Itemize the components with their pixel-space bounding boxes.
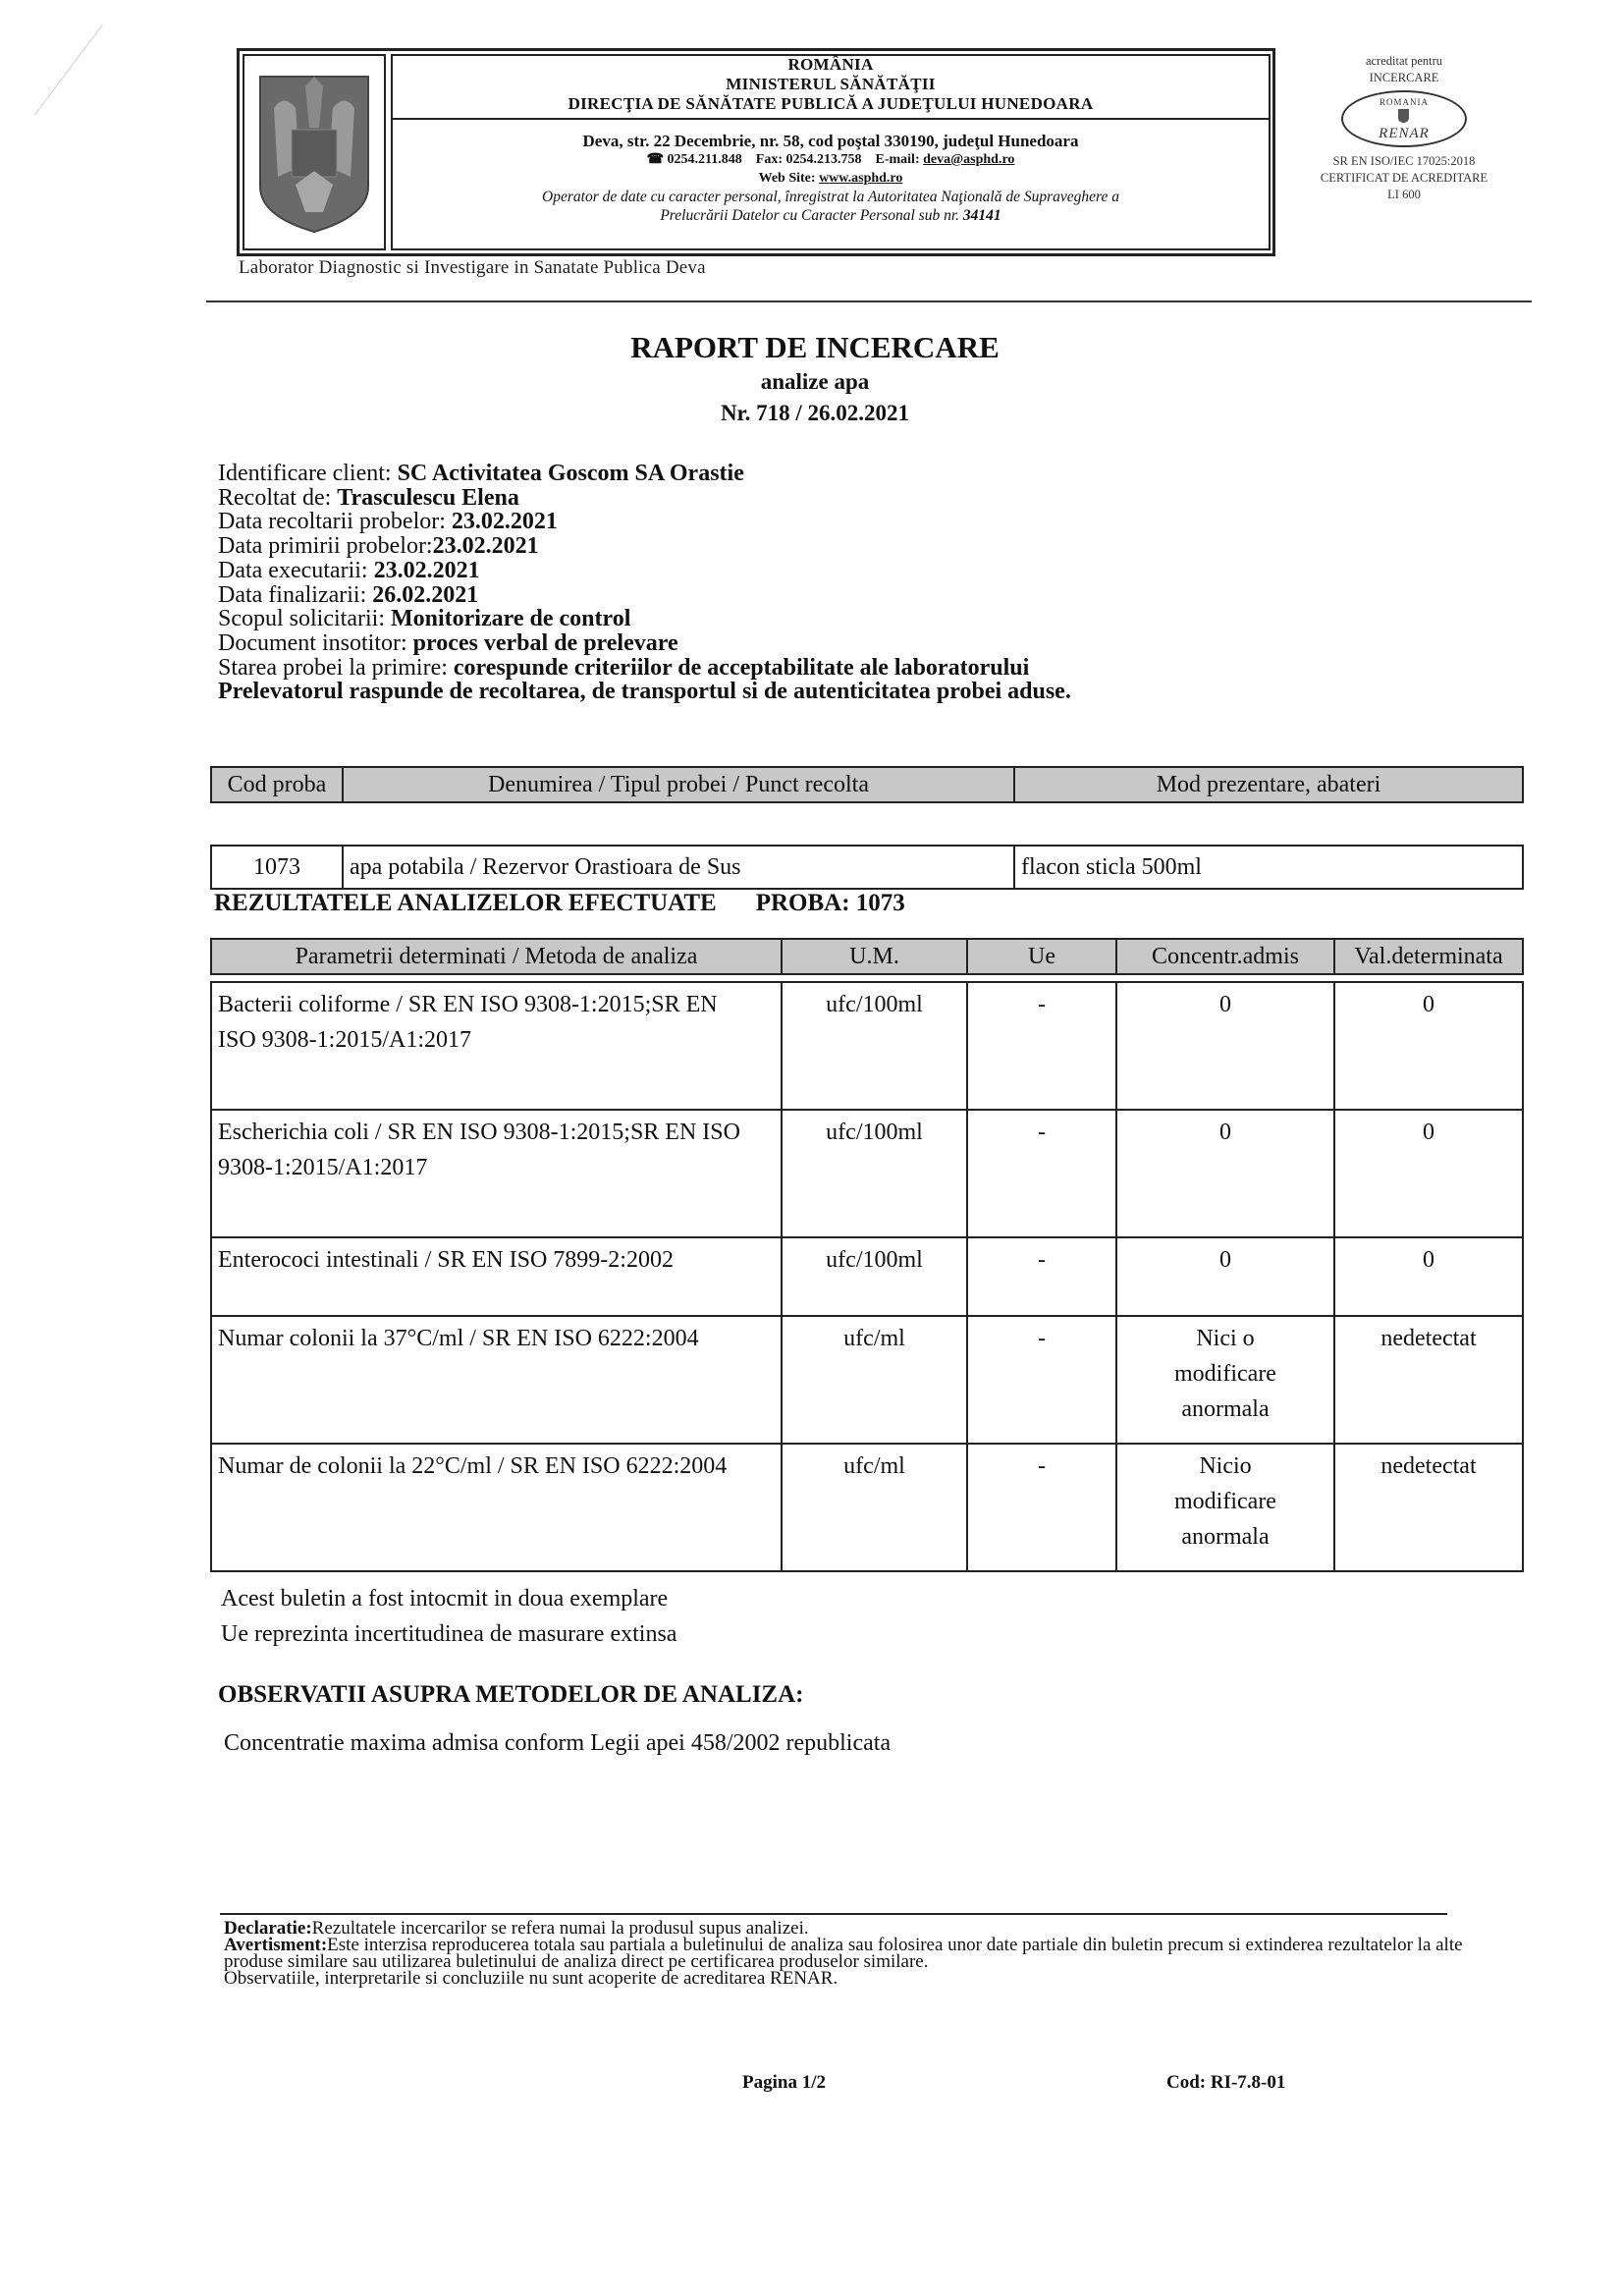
note-copies: Acest buletin a fost intocmit in doua ex… [221, 1581, 676, 1616]
info-label: Identificare client: [218, 461, 398, 486]
report-title-block: RAPORT DE INCERCARE analize apa Nr. 718 … [236, 329, 1394, 429]
result-ue: - [967, 1110, 1116, 1237]
report-subtitle: analize apa [236, 366, 1394, 398]
info-value: Monitorizare de control [391, 606, 630, 631]
sample-code: 1073 [211, 846, 343, 889]
results-title: REZULTATELE ANALIZELOR EFECTUATEPROBA: 1… [214, 890, 905, 917]
accreditation-block: acreditat pentru INCERCARE ROMANIA RENAR… [1296, 53, 1512, 203]
sample-table-header: Cod proba Denumirea / Tipul probei / Pun… [211, 767, 1523, 802]
column-header: Mod prezentare, abateri [1014, 767, 1523, 802]
result-admis: Nicio modificare anormala [1116, 1444, 1334, 1571]
info-label: Data primirii probelor: [218, 533, 433, 559]
info-value: 23.02.2021 [452, 509, 558, 534]
result-ue: - [967, 1444, 1116, 1571]
column-header: U.M. [782, 939, 967, 974]
renar-seal-icon: ROMANIA RENAR [1341, 90, 1467, 147]
column-header: Cod proba [211, 767, 343, 802]
result-admis: 0 [1116, 982, 1334, 1110]
disclaimer: Declaratie:Rezultatele incercarilor se r… [224, 1920, 1520, 1987]
contact-line: ☎ 0254.211.848 Fax: 0254.213.758 E-mail:… [391, 150, 1271, 169]
result-admis: Nici o modificare anormala [1116, 1316, 1334, 1444]
sample-table: Cod proba Denumirea / Tipul probei / Pun… [210, 766, 1524, 890]
accreditation-type: INCERCARE [1296, 70, 1512, 86]
fax-label: Fax: [756, 152, 783, 167]
result-um: ufc/ml [782, 1316, 967, 1444]
result-admis: 0 [1116, 1110, 1334, 1237]
result-param: Enterococi intestinali / SR EN ISO 7899-… [211, 1237, 782, 1316]
info-value: SC Activitatea Goscom SA Orastie [398, 461, 744, 486]
result-ue: - [967, 1316, 1116, 1444]
website-link[interactable]: www.asphd.ro [819, 171, 902, 186]
column-header: Concentr.admis [1116, 939, 1334, 974]
info-row: Starea probei la primire: corespunde cri… [218, 656, 1071, 681]
results-table-header: Parametrii determinati / Metoda de anali… [211, 939, 1523, 974]
phone-number: 0254.211.848 [668, 152, 742, 167]
info-label: Document insotitor: [218, 630, 413, 656]
column-header: Ue [967, 939, 1116, 974]
sample-presentation: flacon sticla 500ml [1014, 846, 1523, 889]
document-code: Cod: RI-7.8-01 [1166, 2072, 1285, 2094]
report-info: Identificare client: SC Activitatea Gosc… [218, 462, 1071, 704]
info-label: Starea probei la primire: [218, 655, 454, 681]
result-admis: 0 [1116, 1237, 1334, 1316]
address: Deva, str. 22 Decembrie, nr. 58, cod poş… [391, 132, 1271, 150]
table-row: Bacterii coliforme / SR EN ISO 9308-1:20… [211, 982, 1523, 1110]
shield-icon [1398, 109, 1409, 123]
fax-number: 0254.213.758 [786, 152, 862, 167]
institution-block: ROMÂNIA MINISTERUL SĂNĂTĂŢII DIRECŢIA DE… [391, 55, 1271, 114]
result-param: Bacterii coliforme / SR EN ISO 9308-1:20… [211, 982, 782, 1110]
column-header: Denumirea / Tipul probei / Punct recolta [343, 767, 1014, 802]
observations-text: Concentratie maxima admisa conform Legii… [224, 1730, 891, 1757]
info-row: Recoltat de: Trasculescu Elena [218, 486, 1071, 511]
observatii-renar: Observatiile, interpretarile si concluzi… [224, 1970, 1520, 1987]
email-label: E-mail: [876, 152, 920, 167]
directorate-name: DIRECŢIA DE SĂNĂTATE PUBLICĂ A JUDEŢULUI… [391, 94, 1271, 114]
website-line: Web Site: www.asphd.ro [391, 169, 1271, 188]
info-label: Data recoltarii probelor: [218, 509, 452, 534]
operator-line-2: Prelucrării Datelor cu Caracter Personal… [391, 206, 1271, 225]
result-param: Escherichia coli / SR EN ISO 9308-1:2015… [211, 1110, 782, 1237]
phone-icon: ☎ [647, 152, 664, 167]
accreditation-label: acreditat pentru [1296, 53, 1512, 70]
info-label: Recoltat de: [218, 485, 337, 511]
note-uncertainty: Ue reprezinta incertitudinea de masurare… [221, 1616, 676, 1652]
result-um: ufc/100ml [782, 982, 967, 1110]
page-number: Pagina 1/2 [742, 2072, 826, 2094]
info-value: proces verbal de prelevare [413, 630, 678, 656]
result-um: ufc/ml [782, 1444, 967, 1571]
table-row: Escherichia coli / SR EN ISO 9308-1:2015… [211, 1110, 1523, 1237]
info-row: Data executarii: 23.02.2021 [218, 559, 1071, 583]
result-ue: - [967, 1237, 1116, 1316]
table-row: Numar colonii la 37°C/ml / SR EN ISO 622… [211, 1316, 1523, 1444]
result-value: 0 [1334, 1110, 1523, 1237]
sample-description: apa potabila / Rezervor Orastioara de Su… [343, 846, 1014, 889]
info-label: Scopul solicitarii: [218, 606, 391, 631]
info-value: 23.02.2021 [374, 558, 480, 583]
table-row: 1073 apa potabila / Rezervor Orastioara … [211, 846, 1523, 889]
result-ue: - [967, 982, 1116, 1110]
table-row: Enterococi intestinali / SR EN ISO 7899-… [211, 1237, 1523, 1316]
email-link[interactable]: deva@asphd.ro [923, 152, 1014, 167]
result-param: Numar colonii la 37°C/ml / SR EN ISO 622… [211, 1316, 782, 1444]
report-number: Nr. 718 / 26.02.2021 [236, 398, 1394, 429]
notes: Acest buletin a fost intocmit in doua ex… [221, 1581, 676, 1652]
lab-name: Laborator Diagnostic si Investigare in S… [239, 257, 706, 279]
accreditation-certificate: CERTIFICAT DE ACREDITARE [1296, 170, 1512, 187]
info-value: Trasculescu Elena [337, 485, 519, 511]
result-value: nedetectat [1334, 1444, 1523, 1571]
coat-of-arms-cell [243, 54, 386, 250]
column-header: Val.determinata [1334, 939, 1523, 974]
result-um: ufc/100ml [782, 1237, 967, 1316]
info-row: Identificare client: SC Activitatea Gosc… [218, 462, 1071, 486]
scan-artifact-line [34, 25, 103, 115]
info-row: Data finalizarii: 26.02.2021 [218, 583, 1071, 608]
country-name: ROMÂNIA [391, 55, 1271, 75]
accreditation-number: LI 600 [1296, 187, 1512, 203]
operator-line-1: Operator de date cu caracter personal, î… [391, 188, 1271, 206]
observations-title: OBSERVATII ASUPRA METODELOR DE ANALIZA: [218, 1681, 803, 1709]
avertisment: Avertisment:Este interzisa reproducerea … [224, 1937, 1520, 1970]
info-row: Data recoltarii probelor: 23.02.2021 [218, 510, 1071, 534]
info-row: Document insotitor: proces verbal de pre… [218, 631, 1071, 656]
result-param: Numar de colonii la 22°C/ml / SR EN ISO … [211, 1444, 782, 1571]
info-value: Prelevatorul raspunde de recoltarea, de … [218, 679, 1071, 704]
website-label: Web Site: [759, 171, 816, 186]
result-um: ufc/100ml [782, 1110, 967, 1237]
report-title: RAPORT DE INCERCARE [236, 329, 1394, 366]
ministry-name: MINISTERUL SĂNĂTĂŢII [391, 75, 1271, 94]
result-value: 0 [1334, 982, 1523, 1110]
operator-number: 34141 [963, 207, 1001, 224]
results-sample-label: PROBA: 1073 [756, 890, 905, 916]
info-label: Data executarii: [218, 558, 374, 583]
info-row: Data primirii probelor:23.02.2021 [218, 534, 1071, 559]
results-table: Parametrii determinati / Metoda de anali… [210, 938, 1524, 1572]
column-header: Parametrii determinati / Metoda de anali… [211, 939, 782, 974]
info-value: 23.02.2021 [433, 533, 539, 559]
coat-of-arms-icon [254, 69, 374, 236]
info-value: 26.02.2021 [372, 582, 478, 608]
header-divider [391, 118, 1271, 120]
header-rule [206, 301, 1532, 302]
result-value: nedetectat [1334, 1316, 1523, 1444]
contact-block: Deva, str. 22 Decembrie, nr. 58, cod poş… [391, 132, 1271, 225]
result-value: 0 [1334, 1237, 1523, 1316]
info-label: Data finalizarii: [218, 582, 372, 608]
table-row: Numar de colonii la 22°C/ml / SR EN ISO … [211, 1444, 1523, 1571]
info-row: Prelevatorul raspunde de recoltarea, de … [218, 680, 1071, 704]
info-value: corespunde criteriilor de acceptabilitat… [454, 655, 1029, 681]
accreditation-standard: SR EN ISO/IEC 17025:2018 [1296, 153, 1512, 170]
footer-rule [220, 1913, 1447, 1915]
info-row: Scopul solicitarii: Monitorizare de cont… [218, 607, 1071, 631]
